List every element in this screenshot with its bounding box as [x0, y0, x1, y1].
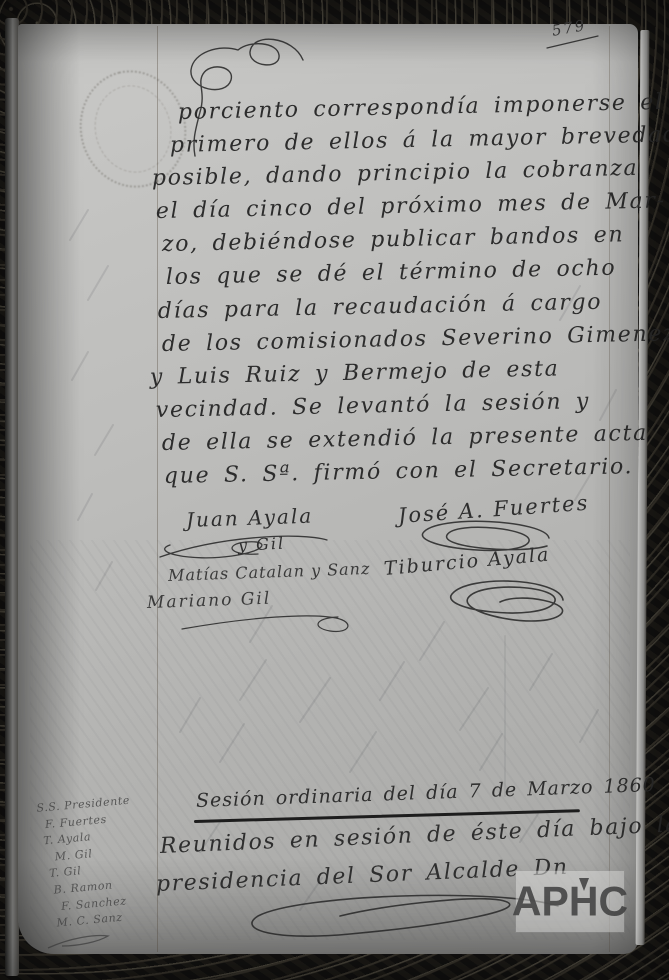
pen-nib-icon	[579, 878, 589, 891]
photo-frame: 579 porciento correspondía imponerse el …	[0, 0, 669, 980]
aphc-watermark: APHC	[516, 871, 624, 932]
main-text: porciento correspondía imponerse el prim…	[148, 100, 669, 497]
signature-juan-ayala: Juan Ayala	[186, 504, 314, 532]
margin-attendees: S.S. Presidente F. Fuertes T. Ayala M. G…	[34, 794, 141, 935]
book-spine	[5, 18, 19, 976]
signature-y-gil: y Gil	[238, 534, 286, 555]
watermark-text: APHC	[512, 878, 628, 926]
